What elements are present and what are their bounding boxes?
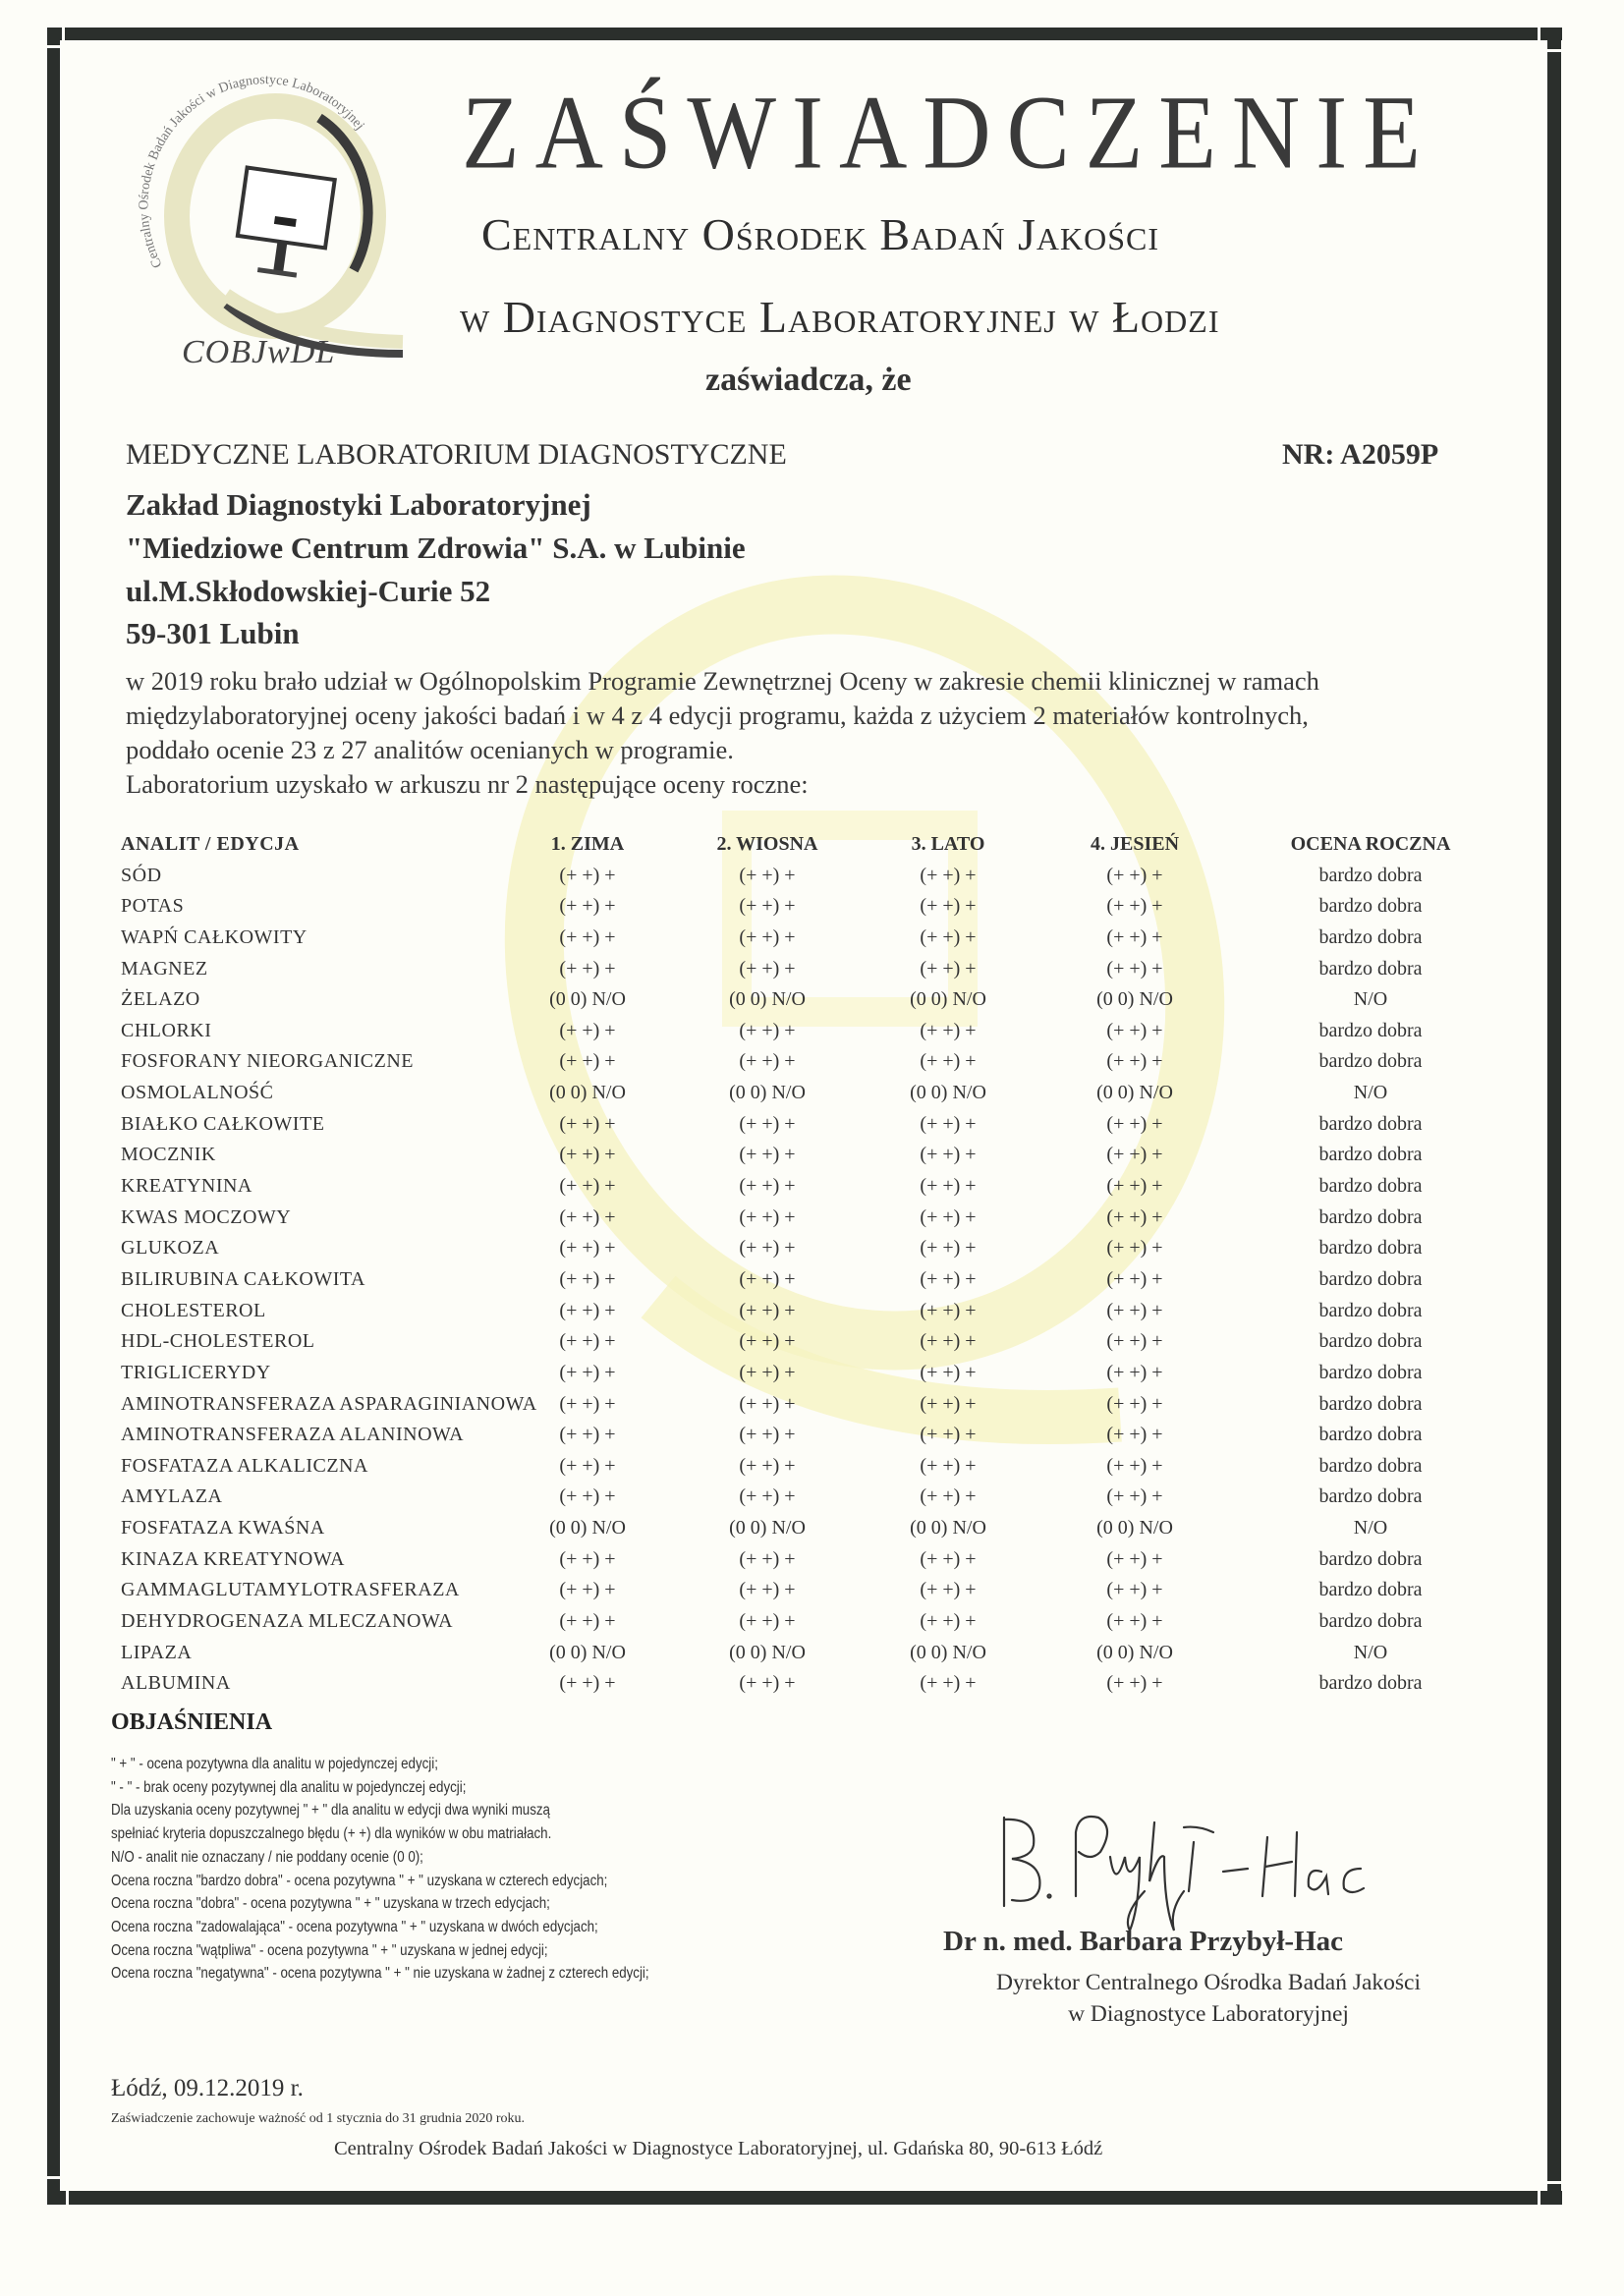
result-winter: (+ +) + [559, 1606, 615, 1638]
result-autumn: (+ +) + [1106, 1668, 1162, 1700]
result-winter: (+ +) + [559, 1482, 615, 1513]
lab-department: Zakład Diagnostyki Laboratoryjnej [126, 487, 591, 523]
annual-rating: bardzo dobra [1319, 1326, 1423, 1358]
result-summer: (+ +) + [920, 954, 976, 985]
result-winter: (+ +) + [559, 1668, 615, 1700]
table-body: SÓD(+ +) +(+ +) +(+ +) +(+ +) +bardzo do… [121, 861, 1526, 1700]
result-winter: (+ +) + [559, 1544, 615, 1576]
result-winter: (+ +) + [559, 1203, 615, 1234]
frame-right-border [1547, 28, 1561, 2205]
annual-rating: N/O [1354, 1513, 1387, 1544]
result-winter: (+ +) + [559, 1389, 615, 1421]
signer-name: Dr n. med. Barbara Przybył-Hac [943, 1926, 1343, 1958]
frame-notch [62, 28, 65, 40]
result-summer: (+ +) + [920, 1326, 976, 1358]
analyte-name: KREATYNINA [121, 1171, 252, 1203]
annual-rating: bardzo dobra [1319, 1668, 1423, 1700]
table-row: FOSFATAZA KWAŚNA(0 0) N/O(0 0) N/O(0 0) … [121, 1513, 1526, 1544]
result-spring: (+ +) + [739, 1575, 795, 1606]
result-autumn: (+ +) + [1106, 1233, 1162, 1264]
explanation-line: " + " - ocena pozytywna dla analitu w po… [111, 1753, 649, 1776]
result-autumn: (+ +) + [1106, 1326, 1162, 1358]
paragraph-line: Laboratorium uzyskało w arkuszu nr 2 nas… [126, 767, 1521, 802]
paragraph-line: w 2019 roku brało udział w Ogólnopolskim… [126, 664, 1521, 699]
result-spring: (0 0) N/O [729, 1513, 806, 1544]
annual-rating: bardzo dobra [1319, 923, 1423, 954]
paragraph-line: międzylaboratoryjnej oceny jakości badań… [126, 699, 1521, 733]
annual-rating: bardzo dobra [1319, 1140, 1423, 1171]
table-row: BILIRUBINA CAŁKOWITA(+ +) +(+ +) +(+ +) … [121, 1264, 1526, 1296]
result-autumn: (+ +) + [1106, 1016, 1162, 1047]
result-spring: (+ +) + [739, 861, 795, 892]
result-spring: (+ +) + [739, 1016, 795, 1047]
result-winter: (+ +) + [559, 954, 615, 985]
result-winter: (+ +) + [559, 1109, 615, 1141]
annual-rating: bardzo dobra [1319, 861, 1423, 892]
table-row: CHLORKI(+ +) +(+ +) +(+ +) +(+ +) +bardz… [121, 1016, 1526, 1047]
analyte-name: BIAŁKO CAŁKOWITE [121, 1109, 324, 1141]
table-row: BIAŁKO CAŁKOWITE(+ +) +(+ +) +(+ +) +(+ … [121, 1109, 1526, 1141]
annual-rating: bardzo dobra [1319, 1264, 1423, 1296]
result-autumn: (+ +) + [1106, 861, 1162, 892]
validity-note: Zaświadczenie zachowuje ważność od 1 sty… [111, 2111, 525, 2127]
result-spring: (+ +) + [739, 1046, 795, 1078]
table-row: ŻELAZO(0 0) N/O(0 0) N/O(0 0) N/O(0 0) N… [121, 984, 1526, 1016]
annual-rating: bardzo dobra [1319, 891, 1423, 923]
table-row: WAPŃ CAŁKOWITY(+ +) +(+ +) +(+ +) +(+ +)… [121, 923, 1526, 954]
result-winter: (+ +) + [559, 1140, 615, 1171]
lab-name: MEDYCZNE LABORATORIUM DIAGNOSTYCZNE [126, 438, 787, 472]
result-spring: (+ +) + [739, 1296, 795, 1327]
annual-rating: bardzo dobra [1319, 1296, 1423, 1327]
result-summer: (+ +) + [920, 1140, 976, 1171]
signer-role-line: w Diagnostyce Laboratoryjnej [914, 1998, 1503, 2030]
table-row: MOCZNIK(+ +) +(+ +) +(+ +) +(+ +) +bardz… [121, 1140, 1526, 1171]
table-row: MAGNEZ(+ +) +(+ +) +(+ +) +(+ +) +bardzo… [121, 954, 1526, 985]
frame-notch [1538, 28, 1540, 40]
analyte-name: OSMOLALNOŚĆ [121, 1078, 274, 1109]
result-summer: (0 0) N/O [910, 1078, 986, 1109]
result-summer: (+ +) + [920, 1233, 976, 1264]
annual-rating: bardzo dobra [1319, 1420, 1423, 1451]
result-winter: (+ +) + [559, 1451, 615, 1483]
analyte-name: LIPAZA [121, 1638, 192, 1669]
result-summer: (+ +) + [920, 1420, 976, 1451]
certifies-text: zaświadcza, że [705, 362, 912, 399]
result-winter: (+ +) + [559, 1358, 615, 1389]
result-summer: (+ +) + [920, 1668, 976, 1700]
analyte-name: KINAZA KREATYNOWA [121, 1544, 345, 1576]
result-spring: (0 0) N/O [729, 1078, 806, 1109]
result-winter: (+ +) + [559, 861, 615, 892]
frame-top-border [49, 28, 1562, 40]
result-summer: (+ +) + [920, 1544, 976, 1576]
result-autumn: (0 0) N/O [1096, 1078, 1173, 1109]
result-spring: (+ +) + [739, 1109, 795, 1141]
result-summer: (+ +) + [920, 1109, 976, 1141]
result-spring: (+ +) + [739, 1358, 795, 1389]
handwritten-signature [992, 1798, 1444, 1935]
frame-notch [47, 2176, 60, 2179]
result-summer: (0 0) N/O [910, 984, 986, 1016]
result-spring: (+ +) + [739, 1544, 795, 1576]
frame-bottom-border [49, 2191, 1562, 2205]
result-spring: (+ +) + [739, 1171, 795, 1203]
analyte-name: DEHYDROGENAZA MLECZANOWA [121, 1606, 453, 1638]
analyte-name: SÓD [121, 861, 162, 892]
table-row: GAMMAGLUTAMYLOTRASFERAZA(+ +) +(+ +) +(+… [121, 1575, 1526, 1606]
result-winter: (+ +) + [559, 1296, 615, 1327]
annual-rating: bardzo dobra [1319, 1016, 1423, 1047]
certificate-title: ZAŚWIADCZENIE [462, 71, 1436, 193]
result-summer: (+ +) + [920, 1046, 976, 1078]
result-spring: (+ +) + [739, 1389, 795, 1421]
header-autumn: 4. JESIEŃ [1091, 829, 1179, 861]
analyte-name: MAGNEZ [121, 954, 208, 985]
analyte-name: BILIRUBINA CAŁKOWITA [121, 1264, 365, 1296]
table-row: TRIGLICERYDY(+ +) +(+ +) +(+ +) +(+ +) +… [121, 1358, 1526, 1389]
result-spring: (+ +) + [739, 1140, 795, 1171]
analyte-name: TRIGLICERYDY [121, 1358, 271, 1389]
table-row: FOSFATAZA ALKALICZNA(+ +) +(+ +) +(+ +) … [121, 1451, 1526, 1483]
frame-left-border [47, 28, 60, 2205]
result-summer: (+ +) + [920, 1606, 976, 1638]
explanation-line: Ocena roczna "negatywna" - ocena pozytyw… [111, 1962, 649, 1986]
result-autumn: (+ +) + [1106, 1451, 1162, 1483]
result-summer: (+ +) + [920, 1575, 976, 1606]
result-autumn: (+ +) + [1106, 1358, 1162, 1389]
result-winter: (+ +) + [559, 1233, 615, 1264]
result-summer: (0 0) N/O [910, 1638, 986, 1669]
explanation-line: spełniać kryteria dopuszczalnego błędu (… [111, 1822, 649, 1846]
table-row: KWAS MOCZOWY(+ +) +(+ +) +(+ +) +(+ +) +… [121, 1203, 1526, 1234]
result-spring: (+ +) + [739, 1233, 795, 1264]
frame-notch [1547, 49, 1561, 52]
result-spring: (+ +) + [739, 1482, 795, 1513]
annual-rating: N/O [1354, 1638, 1387, 1669]
result-winter: (+ +) + [559, 1046, 615, 1078]
analyte-name: FOSFATAZA KWAŚNA [121, 1513, 325, 1544]
result-summer: (+ +) + [920, 1482, 976, 1513]
explanations-title: OBJAŚNIENIA [111, 1709, 272, 1736]
analyte-name: POTAS [121, 891, 184, 923]
result-winter: (+ +) + [559, 1326, 615, 1358]
result-winter: (+ +) + [559, 891, 615, 923]
analyte-name: ŻELAZO [121, 984, 200, 1016]
result-spring: (+ +) + [739, 954, 795, 985]
explanation-line: Ocena roczna "zadowalająca" - ocena pozy… [111, 1916, 649, 1939]
result-summer: (+ +) + [920, 861, 976, 892]
annual-rating: bardzo dobra [1319, 1171, 1423, 1203]
result-spring: (+ +) + [739, 1606, 795, 1638]
header-analyte: ANALIT / EDYCJA [121, 829, 300, 861]
result-summer: (+ +) + [920, 1296, 976, 1327]
header-spring: 2. WIOSNA [717, 829, 818, 861]
explanation-line: Ocena roczna "bardzo dobra" - ocena pozy… [111, 1870, 649, 1893]
analyte-name: ALBUMINA [121, 1668, 231, 1700]
table-row: ALBUMINA(+ +) +(+ +) +(+ +) +(+ +) +bard… [121, 1668, 1526, 1700]
result-winter: (+ +) + [559, 923, 615, 954]
result-winter: (0 0) N/O [549, 1513, 626, 1544]
table-row: SÓD(+ +) +(+ +) +(+ +) +(+ +) +bardzo do… [121, 861, 1526, 892]
result-winter: (0 0) N/O [549, 984, 626, 1016]
result-winter: (+ +) + [559, 1016, 615, 1047]
table-row: HDL-CHOLESTEROL(+ +) +(+ +) +(+ +) +(+ +… [121, 1326, 1526, 1358]
result-summer: (+ +) + [920, 1016, 976, 1047]
result-autumn: (+ +) + [1106, 954, 1162, 985]
result-autumn: (+ +) + [1106, 1420, 1162, 1451]
header-summer: 3. LATO [912, 829, 985, 861]
cobjwdl-logo-icon: Centralny Ośrodek Badań Jakości w Diagno… [118, 59, 432, 373]
logo-caption: COBJwDL [182, 334, 335, 371]
result-autumn: (+ +) + [1106, 1171, 1162, 1203]
analyte-name: KWAS MOCZOWY [121, 1203, 291, 1234]
result-autumn: (0 0) N/O [1096, 1513, 1173, 1544]
result-winter: (0 0) N/O [549, 1078, 626, 1109]
table-row: POTAS(+ +) +(+ +) +(+ +) +(+ +) +bardzo … [121, 891, 1526, 923]
annual-rating: bardzo dobra [1319, 1109, 1423, 1141]
analyte-name: WAPŃ CAŁKOWITY [121, 923, 308, 954]
annual-rating: bardzo dobra [1319, 1358, 1423, 1389]
result-summer: (+ +) + [920, 891, 976, 923]
result-spring: (+ +) + [739, 891, 795, 923]
result-autumn: (+ +) + [1106, 1264, 1162, 1296]
result-autumn: (+ +) + [1106, 1575, 1162, 1606]
result-summer: (+ +) + [920, 1264, 976, 1296]
result-autumn: (0 0) N/O [1096, 1638, 1173, 1669]
table-row: AMYLAZA(+ +) +(+ +) +(+ +) +(+ +) +bardz… [121, 1482, 1526, 1513]
result-winter: (+ +) + [559, 1420, 615, 1451]
result-autumn: (+ +) + [1106, 1109, 1162, 1141]
table-header-row: ANALIT / EDYCJA 1. ZIMA 2. WIOSNA 3. LAT… [121, 829, 1526, 861]
signer-role: Dyrektor Centralnego Ośrodka Badań Jakoś… [914, 1967, 1503, 2030]
result-autumn: (+ +) + [1106, 1606, 1162, 1638]
result-summer: (+ +) + [920, 1451, 976, 1483]
explanation-line: Ocena roczna "wątpliwa" - ocena pozytywn… [111, 1939, 649, 1963]
result-autumn: (+ +) + [1106, 923, 1162, 954]
certificate-number: NR: A2059P [1282, 438, 1438, 472]
frame-notch [1538, 2191, 1540, 2205]
result-winter: (0 0) N/O [549, 1638, 626, 1669]
result-winter: (+ +) + [559, 1171, 615, 1203]
result-summer: (+ +) + [920, 1203, 976, 1234]
annual-rating: bardzo dobra [1319, 1233, 1423, 1264]
result-spring: (+ +) + [739, 1203, 795, 1234]
result-summer: (+ +) + [920, 1389, 976, 1421]
result-spring: (0 0) N/O [729, 984, 806, 1016]
annual-rating: N/O [1354, 984, 1387, 1016]
result-autumn: (+ +) + [1106, 1389, 1162, 1421]
table-row: OSMOLALNOŚĆ(0 0) N/O(0 0) N/O(0 0) N/O(0… [121, 1078, 1526, 1109]
result-summer: (+ +) + [920, 923, 976, 954]
analyte-name: FOSFORANY NIEORGANICZNE [121, 1046, 414, 1078]
result-autumn: (+ +) + [1106, 1482, 1162, 1513]
table-row: AMINOTRANSFERAZA ASPARAGINIANOWA(+ +) +(… [121, 1389, 1526, 1421]
table-row: KREATYNINA(+ +) +(+ +) +(+ +) +(+ +) +ba… [121, 1171, 1526, 1203]
lab-city: 59-301 Lubin [126, 616, 300, 651]
lab-company: "Miedziowe Centrum Zdrowia" S.A. w Lubin… [126, 531, 746, 566]
participation-paragraph: w 2019 roku brało udział w Ogólnopolskim… [126, 664, 1521, 802]
explanation-line: Dla uzyskania oceny pozytywnej " + " dla… [111, 1799, 649, 1822]
table-row: DEHYDROGENAZA MLECZANOWA(+ +) +(+ +) +(+… [121, 1606, 1526, 1638]
result-spring: (+ +) + [739, 1451, 795, 1483]
annual-rating: bardzo dobra [1319, 1575, 1423, 1606]
result-autumn: (+ +) + [1106, 1296, 1162, 1327]
result-spring: (+ +) + [739, 1326, 795, 1358]
explanation-line: " - " - brak oceny pozytywnej dla analit… [111, 1776, 649, 1800]
analyte-name: MOCZNIK [121, 1140, 216, 1171]
analyte-name: CHLORKI [121, 1016, 211, 1047]
annual-rating: bardzo dobra [1319, 1046, 1423, 1078]
table-row: GLUKOZA(+ +) +(+ +) +(+ +) +(+ +) +bardz… [121, 1233, 1526, 1264]
annual-rating: bardzo dobra [1319, 1451, 1423, 1483]
explanation-line: Ocena roczna "dobra" - ocena pozytywna "… [111, 1892, 649, 1916]
result-autumn: (+ +) + [1106, 1203, 1162, 1234]
result-autumn: (+ +) + [1106, 1544, 1162, 1576]
analyte-name: AMYLAZA [121, 1482, 223, 1513]
analyte-name: CHOLESTEROL [121, 1296, 266, 1327]
annual-rating: bardzo dobra [1319, 1203, 1423, 1234]
table-row: KINAZA KREATYNOWA(+ +) +(+ +) +(+ +) +(+… [121, 1544, 1526, 1576]
table-row: LIPAZA(0 0) N/O(0 0) N/O(0 0) N/O(0 0) N… [121, 1638, 1526, 1669]
analyte-name: FOSFATAZA ALKALICZNA [121, 1451, 368, 1483]
explanations-list: " + " - ocena pozytywna dla analitu w po… [111, 1753, 649, 1986]
results-table: ANALIT / EDYCJA 1. ZIMA 2. WIOSNA 3. LAT… [121, 829, 1526, 1700]
analyte-name: AMINOTRANSFERAZA ASPARAGINIANOWA [121, 1389, 537, 1421]
annual-rating: bardzo dobra [1319, 1482, 1423, 1513]
frame-notch [47, 45, 60, 48]
annual-rating: bardzo dobra [1319, 1606, 1423, 1638]
table-row: FOSFORANY NIEORGANICZNE(+ +) +(+ +) +(+ … [121, 1046, 1526, 1078]
signer-role-line: Dyrektor Centralnego Ośrodka Badań Jakoś… [914, 1967, 1503, 1998]
issuer-name-line1: Centralny Ośrodek Badań Jakości [481, 208, 1159, 260]
annual-rating: N/O [1354, 1078, 1387, 1109]
explanation-line: N/O - analit nie oznaczany / nie poddany… [111, 1846, 649, 1870]
paragraph-line: poddało ocenie 23 z 27 analitów oceniany… [126, 733, 1521, 767]
result-autumn: (0 0) N/O [1096, 984, 1173, 1016]
result-spring: (+ +) + [739, 1264, 795, 1296]
header-winter: 1. ZIMA [551, 829, 624, 861]
frame-notch [66, 2191, 69, 2205]
result-summer: (+ +) + [920, 1358, 976, 1389]
header-annual-rating: OCENA ROCZNA [1291, 829, 1451, 861]
annual-rating: bardzo dobra [1319, 954, 1423, 985]
result-summer: (+ +) + [920, 1171, 976, 1203]
analyte-name: GAMMAGLUTAMYLOTRASFERAZA [121, 1575, 460, 1606]
result-spring: (0 0) N/O [729, 1638, 806, 1669]
issuer-name-line2: w Diagnostyce Laboratoryjnej w Łodzi [460, 291, 1219, 343]
issuer-address: Centralny Ośrodek Badań Jakości w Diagno… [334, 2138, 1102, 2160]
analyte-name: GLUKOZA [121, 1233, 219, 1264]
result-autumn: (+ +) + [1106, 1046, 1162, 1078]
lab-street: ul.M.Skłodowskiej-Curie 52 [126, 574, 490, 609]
result-autumn: (+ +) + [1106, 891, 1162, 923]
result-spring: (+ +) + [739, 1668, 795, 1700]
result-winter: (+ +) + [559, 1264, 615, 1296]
result-winter: (+ +) + [559, 1575, 615, 1606]
analyte-name: HDL-CHOLESTEROL [121, 1326, 314, 1358]
annual-rating: bardzo dobra [1319, 1389, 1423, 1421]
table-row: AMINOTRANSFERAZA ALANINOWA(+ +) +(+ +) +… [121, 1420, 1526, 1451]
table-row: CHOLESTEROL(+ +) +(+ +) +(+ +) +(+ +) +b… [121, 1296, 1526, 1327]
annual-rating: bardzo dobra [1319, 1544, 1423, 1576]
result-autumn: (+ +) + [1106, 1140, 1162, 1171]
frame-notch [1547, 2181, 1561, 2184]
place-and-date: Łódź, 09.12.2019 r. [111, 2075, 304, 2102]
result-spring: (+ +) + [739, 923, 795, 954]
result-spring: (+ +) + [739, 1420, 795, 1451]
result-summer: (0 0) N/O [910, 1513, 986, 1544]
analyte-name: AMINOTRANSFERAZA ALANINOWA [121, 1420, 464, 1451]
